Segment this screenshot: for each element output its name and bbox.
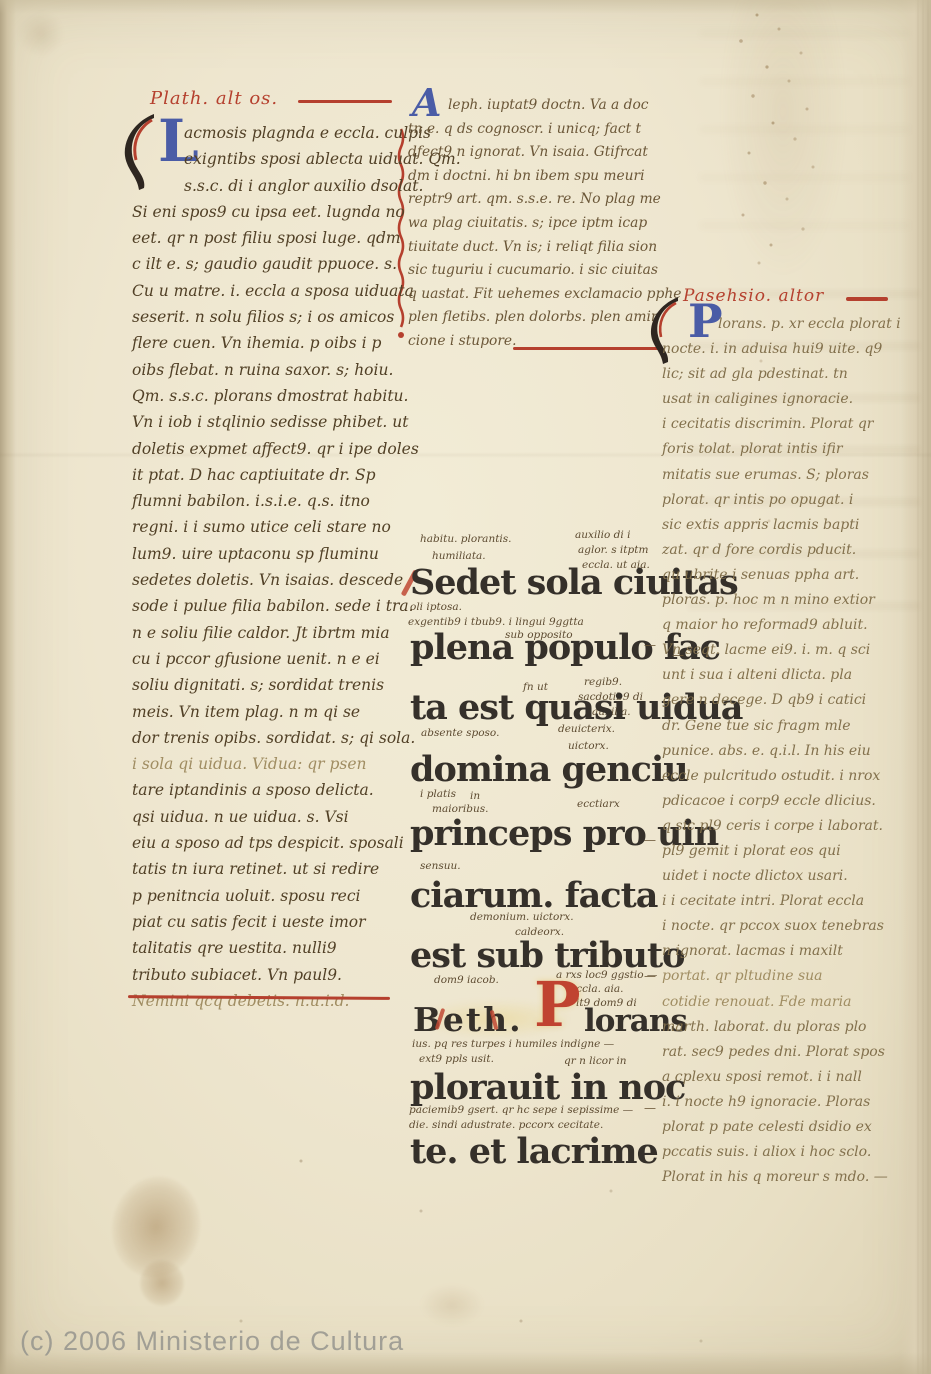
margin-dash: — [644, 833, 656, 847]
text-line: piat cu satis fecit i ueste imor [132, 909, 402, 935]
text-line: acmosis plagnda e eccla. culpis [132, 120, 402, 146]
text-line: i. i nocte h9 ignoracie. Ploras [662, 1090, 900, 1115]
text-line: plorat p pate celesti dsidio ex [662, 1115, 900, 1140]
text-line: c ilt e. s; gaudio gaudit ppuoce. s. [132, 251, 402, 277]
text-line: talitatis qre uestita. nulli9 [132, 935, 402, 961]
text-line: tn e. q ds cognoscr. i unicq; fact t [408, 118, 696, 142]
interlinear-gloss: in [470, 790, 480, 803]
text-line: i nocte. qr pccox suox tenebras [662, 914, 900, 939]
text-line: sode i pulue filia babilon. sede i tra. [132, 593, 402, 619]
text-line: leph. iuptat9 doctn. Va a doc [408, 94, 696, 118]
lemma-line: domina genciu [410, 752, 688, 787]
text-line: sedetes doletis. Vn isaias. descede [132, 567, 402, 593]
text-line: oibs flebat. n ruina saxor. s; hoiu. [132, 357, 402, 383]
text-line: p penitncia uoluit. sposu reci [132, 883, 402, 909]
text-line: q sic pl9 ceris i corpe i laborat. [662, 814, 900, 839]
interlinear-gloss: ius. pq res turpes i humiles indigne — [412, 1038, 614, 1051]
margin-dash: — [644, 638, 656, 652]
text-line: n e soliu filie caldor. Jt ibrtm mia [132, 620, 402, 646]
text-line: dfect9 n ignorat. Vn isaia. Gtifrcat [408, 141, 696, 165]
lemma-line: te. et lacrime [410, 1134, 658, 1169]
text-line: wa plag ciuitatis. s; ipce iptm icap [408, 212, 696, 236]
manuscript-page: Plath. alt os. L acmosis plagnda e eccla… [0, 0, 931, 1374]
rubric-right-line [846, 297, 888, 301]
interlinear-gloss: sensuu. [420, 860, 461, 873]
text-line: i sola qi uidua. Vidua: qr psen [132, 751, 402, 777]
text-line: Plorat in his q moreur s mdo. — [662, 1165, 900, 1190]
corner-smudge [18, 12, 64, 56]
text-line: flumni babilon. i.s.i.e. q.s. itno [132, 488, 402, 514]
text-line: dm i doctni. hi bn ibem spu meuri [408, 165, 696, 189]
text-line: tatis tn iura retinet. ut si redire [132, 856, 402, 882]
interlinear-gloss: absente sposo. [421, 727, 499, 740]
foxing-stain [718, 0, 848, 280]
text-line: regni. i i sumo utice celi stare no [132, 514, 402, 540]
text-line: punice. abs. e. q.i.l. In his eiu [662, 739, 900, 764]
text-line: Cu u matre. i. eccla a sposa uiduata [132, 278, 402, 304]
text-line: s.s.c. di i anglor auxilio dsolat. [132, 173, 402, 199]
red-initial-P: P [534, 974, 581, 1036]
interlinear-gloss: dom9 iacob. [434, 974, 499, 987]
text-line: meis. Vn item plag. n m qi se [132, 699, 402, 725]
interlinear-gloss: habitu. plorantis. [420, 533, 512, 546]
text-line: gere n decege. D qb9 i catici [662, 688, 900, 713]
text-line: tare iptandinis a sposo delicta. [132, 777, 402, 803]
interlinear-gloss: humiliata. [432, 550, 486, 563]
text-line: cotidie renouat. Fde maria [662, 990, 900, 1015]
text-line: Vn seqt. lacme ei9. i. m. q sci [662, 638, 900, 663]
text-line: Vn i iob i stqlinio sedisse phibet. ut [132, 409, 402, 435]
foxing-speckles [0, 0, 2, 2]
watermark-copyright: (c) 2006 Ministerio de Cultura [20, 1326, 404, 1357]
text-line: rat. sec9 pedes dni. Plorat spos [662, 1040, 900, 1065]
text-line: ploras. p. hoc m n mino extior [662, 588, 900, 613]
interlinear-gloss: ext9 ppls usit. [419, 1053, 494, 1066]
text-line: Si eni spos9 cu ipsa eet. lugnda no [132, 199, 402, 225]
interlinear-gloss: deuicterix. [558, 723, 615, 736]
text-line: q maior ho reformad9 abluit. [662, 613, 900, 638]
text-line: Qm. s.s.c. plorans dmostrat habitu. [132, 383, 402, 409]
ink-stain [140, 1260, 184, 1306]
text-line: mitatis sue erumas. S; ploras [662, 463, 900, 488]
text-line: i cecitatis discrimin. Plorat qr [662, 412, 900, 437]
right-column-text: lorans. p. xr eccla plorat inocte. i. in… [662, 312, 900, 1190]
text-line: usat in caligines ignoracie. [662, 387, 900, 412]
text-line: tiuitate duct. Vn is; i reliqt filia sio… [408, 236, 696, 260]
text-line: sic extis appris lacmis bapti [662, 513, 900, 538]
text-line: reptr9 art. qm. s.s.e. re. No plag me [408, 188, 696, 212]
text-line: marth. laborat. du ploras plo [662, 1015, 900, 1040]
text-line: it ptat. D hac captiuitate dr. Sp [132, 462, 402, 488]
text-line: eet. qr n post filiu sposi luge. qdm [132, 225, 402, 251]
text-line: plorat. qr intis po opugat. i [662, 488, 900, 513]
margin-dash: — [644, 969, 656, 983]
text-line: dor trenis opibs. sordidat. s; qi sola. [132, 725, 402, 751]
text-line: qu ubrite i senuas ppha art. [662, 563, 900, 588]
rubric-left-line [298, 100, 392, 103]
margin-dash: — [644, 1101, 656, 1115]
lemma-line: ciarum. facta [410, 878, 657, 913]
text-line: nocte. i. in aduisa hui9 uite. q9 [662, 337, 900, 362]
text-line: doletis expmet affect9. qr i ipe doles [132, 436, 402, 462]
text-line: zat. qr d fore cordis pducit. [662, 538, 900, 563]
text-line: pccatis suis. i aliox i hoc sclo. [662, 1140, 900, 1165]
text-line: unt i sua i alteni dlicta. pla [662, 663, 900, 688]
text-line: cu i pccor gfusione uenit. n e ei [132, 646, 402, 672]
text-line: lum9. uire uptaconu sp fluminu [132, 541, 402, 567]
text-line: lic; sit ad gla pdestinat. tn [662, 362, 900, 387]
ink-stain [420, 1284, 484, 1326]
interlinear-gloss: auxilio di i [575, 529, 630, 542]
text-line: Nemini qcq debetis. n.u.i.d. [132, 988, 402, 1014]
text-line: soliu dignitati. s; sordidat trenis [132, 672, 402, 698]
page-edge-left [0, 0, 16, 1374]
left-column-text: acmosis plagnda e eccla. culpisexigntibs… [132, 120, 402, 1014]
page-edge-streaks [917, 0, 931, 1374]
text-line: flere cuen. Vn ihemia. p oibs i p [132, 330, 402, 356]
text-line: uidet i nocte dlictox usari. [662, 864, 900, 889]
interlinear-gloss: ecctiarx [577, 798, 620, 811]
interlinear-gloss: qr n licor in [564, 1055, 627, 1068]
text-line: qsi uidua. n ue uidua. s. Vsi [132, 804, 402, 830]
text-line: a cplexu sposi remot. i i nall [662, 1065, 900, 1090]
text-line: foris tolat. plorat intis ifir [662, 437, 900, 462]
text-line: sic tuguriu i cucumario. i sic ciuitas [408, 259, 696, 283]
text-line: exigntibs sposi ablecta uiduat. Qm. [132, 146, 402, 172]
interlinear-gloss: die. sindi adustrate. pccorx cecitate. [409, 1119, 603, 1132]
interlinear-gloss: demonium. uictorx. [470, 911, 574, 924]
text-line: portat. qr pltudine sua [662, 964, 900, 989]
interlinear-gloss: aglor. s itptm [578, 544, 648, 557]
text-line: i i cecitate intri. Plorat eccla [662, 889, 900, 914]
text-line: tributo subiacet. Vn paul9. [132, 962, 402, 988]
text-line: eiu a sposo ad tps despicit. sposali [132, 830, 402, 856]
interlinear-gloss: i platis [420, 788, 456, 801]
text-line: pl9 gemit i plorat eos qui [662, 839, 900, 864]
red-underline-center [513, 347, 663, 350]
rubric-left-heading: Plath. alt os. [150, 88, 278, 109]
text-line: n ignorat. lacmas i maxilt [662, 939, 900, 964]
text-line: pdicacoe i corp9 eccle dlicius. [662, 789, 900, 814]
text-line: lorans. p. xr eccla plorat i [662, 312, 900, 337]
text-line: dr. Gene tue sic fragm mle [662, 714, 900, 739]
interlinear-gloss: paciemib9 gsert. qr hc sepe i sepissime … [409, 1104, 633, 1117]
beth-heading: Beth. [413, 1003, 523, 1036]
text-line: eccle pulcritudo ostudit. i nrox [662, 764, 900, 789]
interlinear-gloss: oli iptosa. [410, 601, 462, 614]
text-line: seserit. n solu filios s; i os amicos [132, 304, 402, 330]
lemma-line: plorauit in noc [410, 1070, 685, 1105]
